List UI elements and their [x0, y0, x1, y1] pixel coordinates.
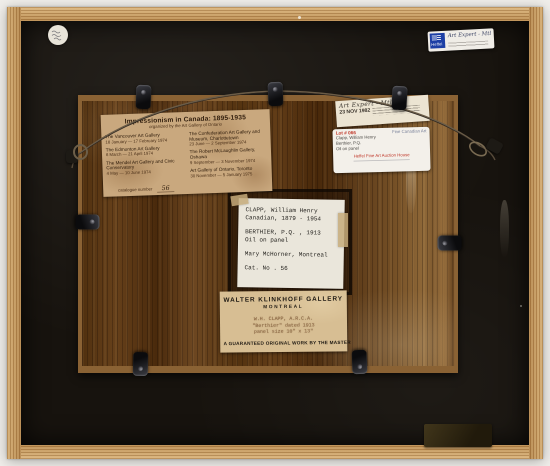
frame-bottom-rail: [7, 445, 543, 459]
collector-name: Mary McHorner, Montreal: [245, 251, 337, 261]
tape-piece: [338, 213, 348, 247]
photo-back-of-framed-painting: Impressionism in Canada: 1895-1935 organ…: [0, 0, 550, 466]
auction-house: Heffel Fine Art Auction House: [336, 152, 427, 159]
exhibition-venue: The Robert McLaughlin Gallery, Oshawa 9 …: [190, 148, 268, 166]
date-stamp: 23 NOV 1982: [339, 108, 370, 115]
gallery-label: WALTER KLINKHOFF GALLERY MONTREAL W.H. C…: [220, 290, 348, 352]
typed-line: panel size 10" x 13": [223, 328, 343, 336]
gallery-name: WALTER KLINKHOFF GALLERY: [223, 295, 343, 304]
fine-print: [448, 41, 488, 48]
gallery-city: MONTREAL: [223, 304, 343, 310]
exhibition-venue: The Mendel Art Gallery and Civic Conserv…: [106, 159, 184, 177]
artist-dates: Canadian, 1879 - 1954: [245, 214, 337, 224]
artist-label: CLAPP, William Henry Canadian, 1879 - 19…: [237, 198, 345, 289]
auction-sticker: Lot # 066 Fine Canadian Art Clapp, Willi…: [332, 127, 430, 174]
offset-clip: [136, 85, 152, 110]
catalogue-number: 56: [157, 184, 175, 192]
offset-clip: [133, 352, 148, 376]
illegible-scribble: [48, 25, 68, 45]
sale-name: Fine Canadian Art: [392, 129, 426, 135]
pale-smudge: [500, 200, 509, 258]
exhibition-venue: Art Gallery of Ontario, Toronto 30 Novem…: [190, 166, 268, 179]
exhibition-venue: The Vancouver Art Gallery 18 January — 1…: [105, 132, 183, 145]
heffel-sticker: Heffel Art Expert - Mtl: [428, 28, 495, 51]
offset-clip: [268, 82, 284, 107]
frame-left-rail: [7, 7, 21, 459]
heffel-logo: Heffel: [430, 33, 446, 49]
work-medium: Oil on panel: [245, 236, 337, 246]
round-inventory-sticker: [48, 25, 68, 45]
exhibition-venue: The Edmonton Art Gallery 8 March — 21 Ap…: [106, 145, 184, 158]
fine-print: [354, 159, 410, 161]
dust-speck: [298, 16, 301, 19]
d-ring: [73, 144, 88, 160]
offset-clip: [352, 350, 368, 375]
catalogue-caption: catalogue number: [118, 187, 152, 193]
offset-clip: [391, 86, 407, 111]
frame-right-rail: [529, 7, 543, 459]
dark-nameplate: [424, 424, 492, 447]
offset-clip: [438, 236, 462, 251]
heffel-logo-word: Heffel: [431, 42, 443, 47]
gallery-guarantee: A GUARANTEED ORIGINAL WORK BY THE MASTER: [224, 340, 344, 346]
exhibition-venue: The Confederation Art Gallery and Museum…: [189, 129, 267, 147]
exhibition-label: Impressionism in Canada: 1895-1935 organ…: [101, 109, 273, 197]
catalogue-no: Cat. No . 56: [244, 265, 336, 275]
offset-clip: [76, 215, 100, 230]
light-wood-strip: [433, 101, 455, 366]
dust-speck: [520, 305, 522, 307]
heffel-logo-stripes: [432, 35, 441, 40]
frame-top-rail: [7, 7, 543, 21]
handwritten-note: Art Expert - Mtl: [448, 30, 492, 39]
